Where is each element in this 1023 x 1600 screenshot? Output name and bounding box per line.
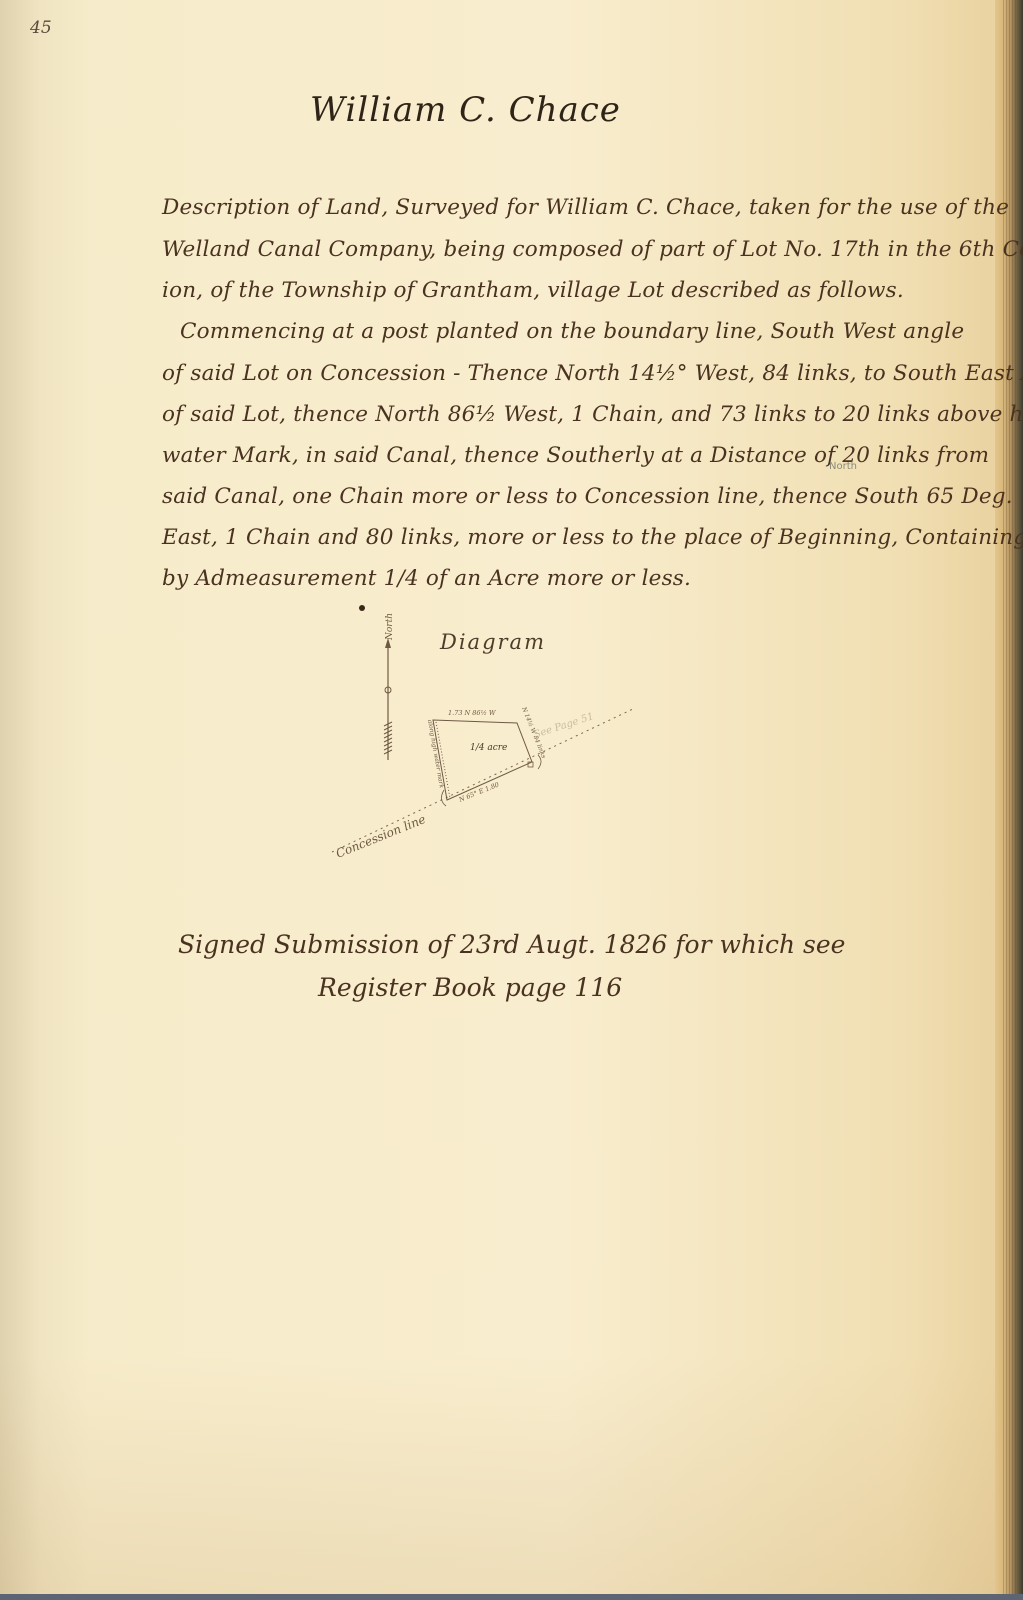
page-number: 45 [30,18,52,38]
ink-blot [359,605,365,611]
top-side-label: 1.73 N 86½ W [448,709,497,717]
description-line-1: Description of Land, Surveyed for Willia… [162,195,1009,220]
description-line-8: said Canal, one Chain more or less to Co… [162,484,1013,509]
description-line-6: of said Lot, thence North 86½ West, 1 Ch… [162,402,1023,427]
north-arrow-icon [384,638,392,760]
description-line-7: water Mark, in said Canal, thence Southe… [162,443,989,468]
page-title: William C. Chace [310,90,621,130]
concession-line-label: Concession line [334,812,428,861]
description-line-4: Commencing at a post planted on the boun… [180,319,964,344]
survey-diagram: North Concession line 1/4 acre 1.73 N 86… [320,590,650,870]
margin-correction-north: North [829,461,857,472]
ledger-page: 45 William C. Chace Description of Land,… [0,0,1023,1594]
description-line-10: by Admeasurement 1/4 of an Acre more or … [162,566,691,591]
signed-note-line-1: Signed Submission of 23rd Augt. 1826 for… [178,930,845,959]
area-label: 1/4 acre [470,743,507,753]
description-line-3: ion, of the Township of Grantham, villag… [162,278,904,303]
description-line-2: Welland Canal Company, being composed of… [162,237,1023,262]
description-line-5: of said Lot on Concession - Thence North… [162,361,1023,386]
scan-background-strip [0,1594,1023,1600]
faint-annotation: See Page 51 [533,711,596,741]
signed-note-line-2: Register Book page 116 [318,973,622,1002]
north-label: North [385,613,395,641]
left-side-label: along high water mark [426,719,445,789]
description-line-9: East, 1 Chain and 80 links, more or less… [162,525,1023,550]
